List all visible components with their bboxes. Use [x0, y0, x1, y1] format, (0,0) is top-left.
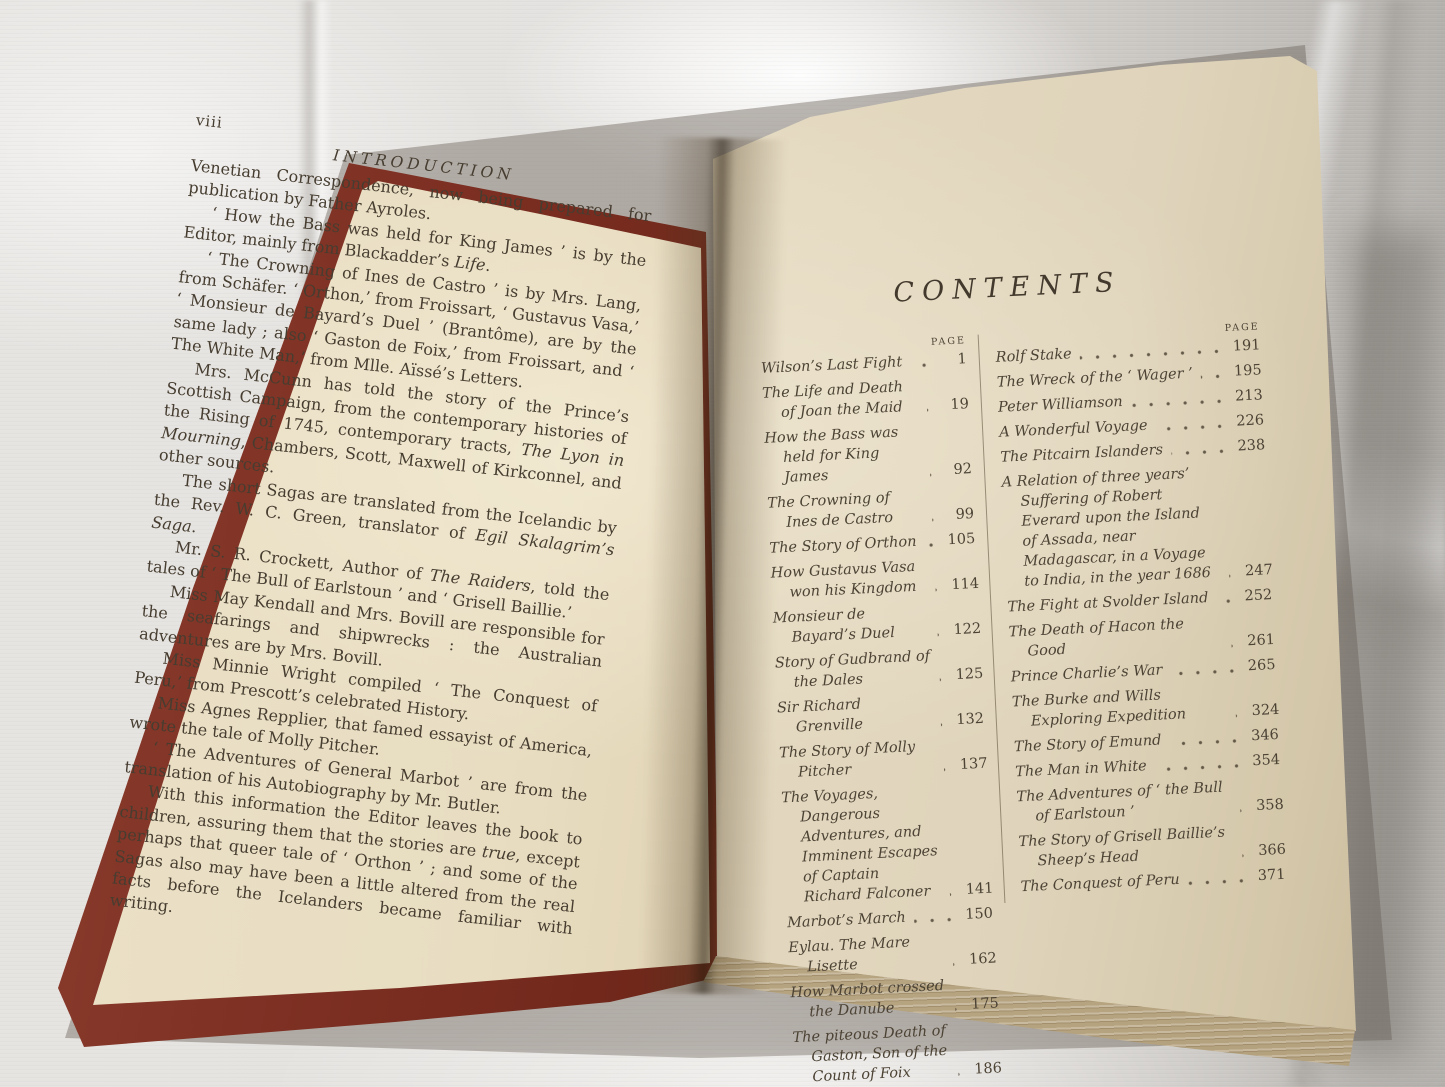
toc-entry-page: 261: [1247, 630, 1275, 651]
toc-entry-page: 247: [1245, 560, 1272, 581]
leader-dots: [1236, 712, 1250, 719]
toc-entry-page: 366: [1258, 840, 1285, 861]
leader-dots: [927, 406, 941, 413]
toc-entry-title: The Death of Hacon the Good: [1008, 612, 1224, 662]
toc-entry-title: The Story of Orthon: [769, 532, 917, 559]
toc-entry-page: 141: [965, 879, 992, 900]
toc-entry-page: 195: [1233, 360, 1262, 381]
leader-dots: [940, 721, 954, 728]
toc-entry-title: Wilson’s Last Fight: [761, 352, 903, 379]
toc-entry: Sir Richard Grenville132: [777, 689, 985, 739]
toc-entry: The piteous Death of Gaston, Son of the …: [792, 1018, 1001, 1087]
toc-entry-title: The piteous Death of Gaston, Son of the …: [792, 1021, 951, 1087]
toc-entry-title: The Story of Molly Pitcher: [779, 736, 937, 783]
toc-entry-page: 92: [946, 459, 973, 480]
toc-entry-title: How Marbot crossed the Danube: [790, 976, 948, 1023]
toc-entry-title: The Voyages, Dangerous Adventures, and I…: [781, 781, 942, 908]
toc-entry-title: Eylau. The Mare Lisette: [788, 931, 946, 978]
toc-entry-page: 1: [940, 349, 967, 370]
toc-entry: How Gustavus Vasa won his Kingdom114: [770, 554, 978, 604]
leader-dots: [935, 586, 949, 593]
leader-dots: [930, 471, 944, 478]
toc-entry-title: Story of Gudbrand of the Dales: [774, 646, 932, 693]
toc-entry-title: How Gustavus Vasa won his Kingdom: [770, 556, 928, 603]
toc-entry-title: How the Bass was held for King James: [764, 421, 923, 488]
toc-entry-page: 371: [1257, 865, 1286, 886]
toc-entry-page: 125: [955, 664, 982, 685]
toc-entry-page: 238: [1237, 435, 1266, 456]
toc-entry: The Life and Death of Joan the Maid19: [762, 374, 970, 424]
introduction-paragraphs: Venetian Correspondence, now being prepa…: [109, 155, 653, 963]
gutter-shadow: [638, 137, 787, 996]
toc-entry-page: 137: [959, 754, 986, 775]
leader-dots: [940, 676, 954, 683]
toc-entry: Story of Gudbrand of the Dales125: [774, 644, 982, 694]
leader-dots: [1231, 642, 1245, 649]
leader-dots: [950, 891, 964, 898]
toc-entry-page: 175: [971, 993, 998, 1014]
toc-entry-title: The Wreck of the ‘ Wager ’: [996, 364, 1193, 393]
toc-entry: The Voyages, Dangerous Adventures, and I…: [781, 779, 992, 909]
leader-dots: [932, 516, 946, 523]
toc-entry-page: 191: [1232, 335, 1261, 356]
leader-dots: [1155, 762, 1251, 773]
toc-entry-page: 162: [969, 949, 996, 970]
leader-dots: [1170, 667, 1246, 677]
toc-entry-page: 354: [1252, 750, 1281, 771]
toc-entry-title: Marbot’s March: [787, 908, 907, 934]
leader-dots: [955, 1006, 969, 1013]
toc-entry-page: 226: [1236, 410, 1265, 431]
leader-dots: [1229, 572, 1243, 579]
leader-dots: [1240, 807, 1254, 814]
toc-entry-title: A Wonderful Voyage: [999, 416, 1148, 443]
toc-entry-page: 324: [1251, 700, 1278, 721]
toc-entry-page: 19: [942, 394, 969, 415]
toc-entry-page: 122: [953, 619, 980, 640]
leader-dots: [910, 362, 939, 369]
toc-entry-title: The Crowning of Ines de Castro: [767, 486, 925, 533]
toc-entry-page: 186: [974, 1058, 1001, 1079]
toc-entry: Marbot’s March150: [787, 904, 994, 934]
leader-dots: [925, 541, 946, 548]
leader-dots: [1188, 877, 1256, 886]
leader-dots: [914, 916, 964, 924]
contents-column-right: PAGE Rolf Stake191The Wreck of the ‘ Wag…: [978, 321, 1286, 903]
contents-column-left: PAGE Wilson’s Last Fight1The Life and De…: [760, 335, 1013, 1087]
toc-entry-title: The Man in White: [1015, 756, 1147, 782]
toc-entry: Eylau. The Mare Lisette162: [788, 929, 996, 979]
toc-entry-page: 105: [947, 529, 976, 550]
toc-entry-page: 99: [948, 504, 975, 525]
toc-entry-title: Rolf Stake: [995, 344, 1072, 368]
toc-entry: A Relation of three years’ Suffering of …: [1001, 460, 1271, 592]
toc-entry-title: The Burke and Wills Exploring Expedition: [1012, 682, 1229, 732]
contents-page: CONTENTS PAGE Wilson’s Last Fight1The Li…: [757, 260, 1295, 1087]
toc-entry-page: 150: [965, 904, 994, 925]
toc-entry: How Marbot crossed the Danube175: [790, 974, 998, 1024]
toc-entry: Monsieur de Bayard’s Duel122: [772, 599, 980, 649]
toc-entry-title: The Life and Death of Joan the Maid: [762, 377, 920, 424]
leader-dots: [1242, 852, 1256, 859]
toc-entry-title: Monsieur de Bayard’s Duel: [772, 601, 930, 648]
toc-entry-title: Peter Williamson: [998, 392, 1124, 418]
toc-entry-page: 213: [1235, 385, 1264, 406]
toc-entry: The Story of Orthon105: [769, 529, 976, 559]
leader-dots: [1156, 423, 1235, 433]
leader-dots: [1080, 348, 1231, 361]
toc-entry-title: The Fight at Svolder Island: [1007, 588, 1209, 617]
leader-dots: [1216, 597, 1243, 604]
toc-entry: The Crowning of Ines de Castro99: [767, 484, 975, 534]
toc-entry: The Burke and Wills Exploring Expedition…: [1012, 680, 1279, 732]
toc-entry-page: 346: [1251, 725, 1280, 746]
leader-dots: [1171, 448, 1236, 457]
toc-entry-page: 265: [1247, 655, 1276, 676]
toc-entry-title: Sir Richard Grenville: [777, 691, 933, 738]
leader-dots: [938, 631, 952, 638]
leader-dots: [1131, 398, 1234, 409]
contents-columns: PAGE Wilson’s Last Fight1The Life and De…: [760, 321, 1295, 1087]
toc-entry-page: 358: [1256, 795, 1283, 816]
toc-entry-page: 252: [1244, 585, 1273, 606]
introduction-page-text: viii INTRODUCTION Venetian Correspondenc…: [109, 111, 658, 963]
leader-dots: [953, 961, 967, 968]
toc-entry: The Death of Hacon the Good261: [1008, 610, 1275, 662]
toc-entry-page: 114: [951, 574, 978, 595]
photo-scene: viii INTRODUCTION Venetian Correspondenc…: [0, 0, 1445, 1087]
toc-entry: The Adventures of ‘ the Bull of Earlstou…: [1016, 775, 1283, 827]
toc-entry-title: The Story of Grisell Baillie’s Sheep’s H…: [1018, 822, 1235, 872]
leader-dots: [1169, 737, 1249, 747]
toc-entry-title: A Relation of three years’ Suffering of …: [1001, 463, 1221, 593]
toc-entry-title: The Adventures of ‘ the Bull of Earlstou…: [1016, 777, 1233, 827]
toc-entry: The Story of Grisell Baillie’s Sheep’s H…: [1018, 820, 1285, 872]
leader-dots: [1201, 373, 1232, 380]
toc-entry: The Story of Molly Pitcher137: [779, 734, 987, 784]
toc-entry-title: The Conquest of Peru: [1020, 870, 1180, 897]
toc-entry-title: Prince Charlie’s War: [1010, 660, 1163, 687]
toc-entry-title: The Story of Emund: [1014, 730, 1162, 757]
leader-dots: [944, 766, 958, 773]
toc-entry-title: The Pitcairn Islanders: [1000, 440, 1163, 468]
leader-dots: [958, 1071, 972, 1078]
toc-entry: How the Bass was held for King James92: [764, 419, 973, 489]
toc-entry-page: 132: [956, 709, 984, 730]
